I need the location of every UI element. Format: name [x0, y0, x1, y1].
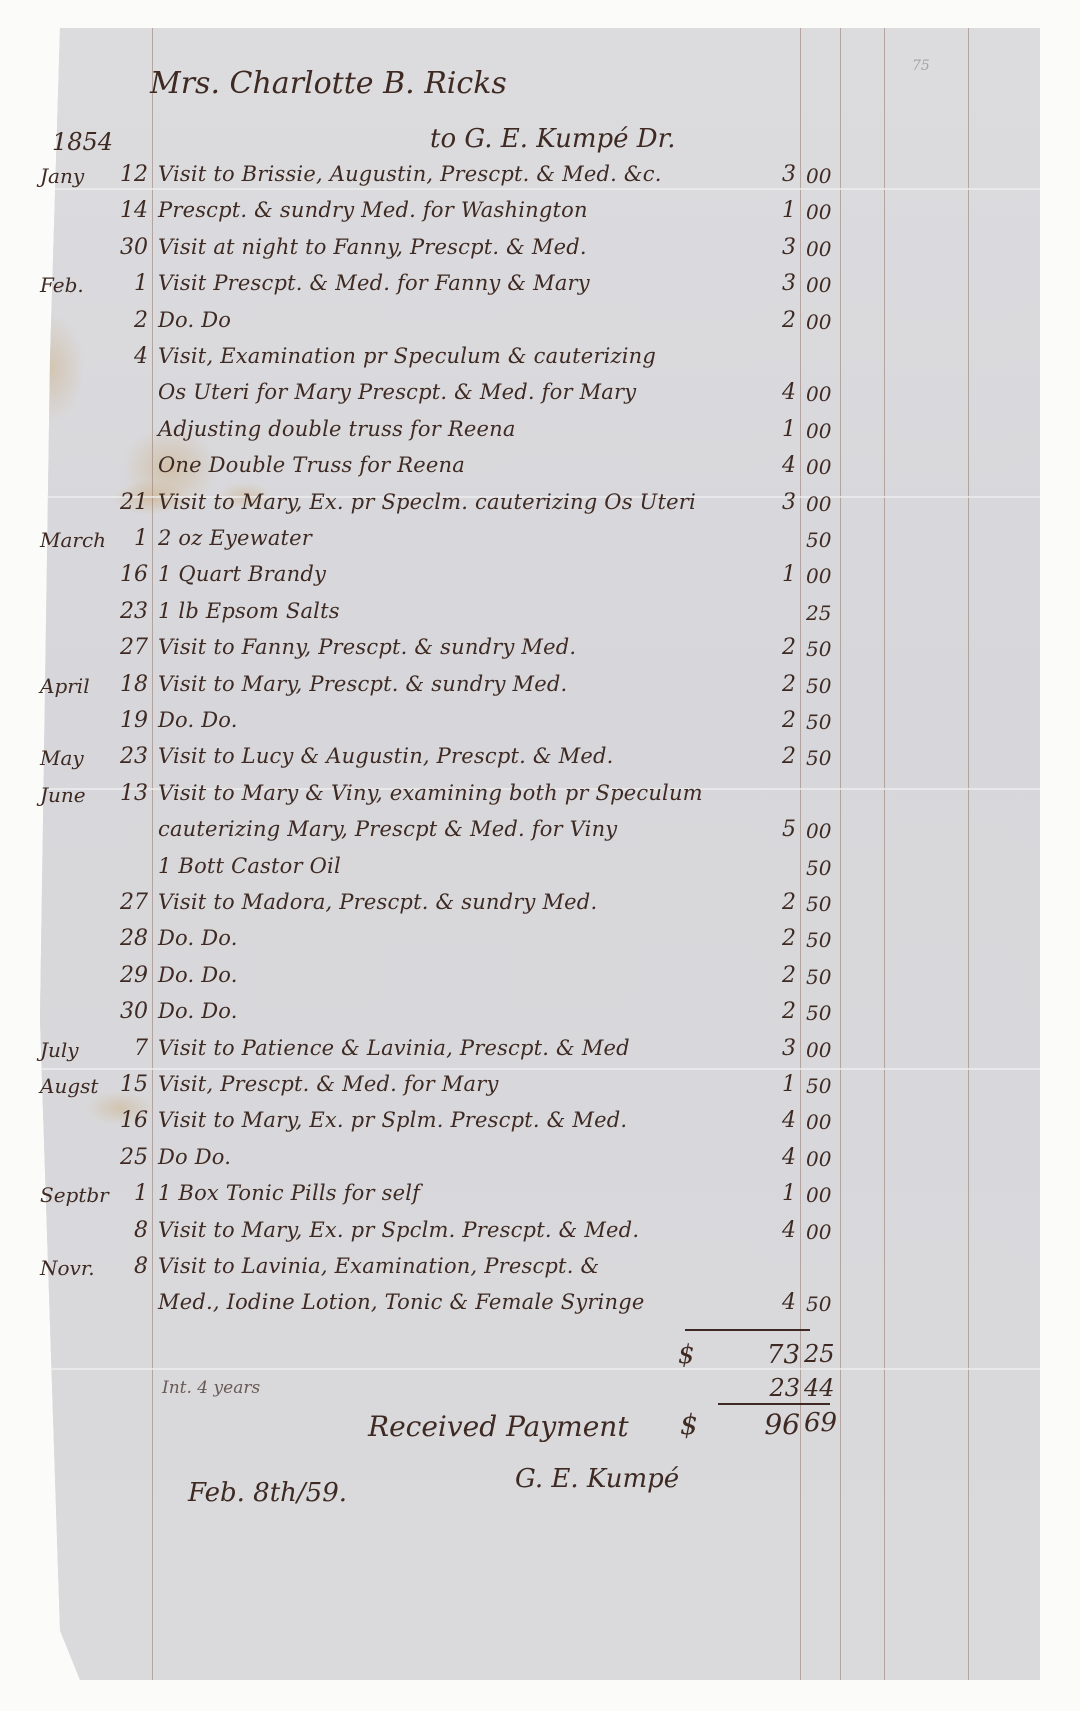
entry-cents: 50	[806, 746, 846, 770]
entry-dollars: 4	[766, 1218, 796, 1243]
creditor-line: to G. E. Kumpé Dr.	[430, 124, 675, 154]
entry-cents: 50	[806, 965, 846, 989]
entry-description: Os Uteri for Mary Prescpt. & Med. for Ma…	[158, 380, 636, 404]
entry-month: Feb.	[40, 273, 84, 297]
entry-dollars: 4	[766, 453, 796, 478]
entry-dollars: 1	[766, 198, 796, 223]
entry-description: Do Do.	[158, 1145, 231, 1169]
entry-cents: 00	[806, 237, 846, 261]
entry-month: Septbr	[40, 1183, 109, 1207]
entry-description: One Double Truss for Reena	[158, 453, 465, 477]
entry-cents: 00	[806, 200, 846, 224]
entry-description: Visit at night to Fanny, Prescpt. & Med.	[158, 235, 587, 259]
entry-cents: 00	[806, 382, 846, 406]
entry-description: Visit to Lucy & Augustin, Prescpt. & Med…	[158, 744, 613, 768]
entry-month: June	[40, 783, 86, 807]
interest-cents: 44	[804, 1374, 835, 1402]
entry-dollars: 5	[766, 817, 796, 842]
entry-cents: 00	[806, 1038, 846, 1062]
entry-month: Augst	[40, 1074, 98, 1098]
entry-description: 1 Box Tonic Pills for self	[158, 1181, 420, 1205]
entry-description: Visit to Mary & Viny, examining both pr …	[158, 781, 703, 805]
entry-dollars: 2	[766, 744, 796, 769]
entry-dollars: 1	[766, 562, 796, 587]
total-currency: $	[680, 1408, 698, 1441]
entry-description: Visit, Examination pr Speculum & cauteri…	[158, 344, 656, 368]
entry-cents: 50	[806, 892, 846, 916]
date-column-rule	[152, 28, 153, 1680]
entry-day: 21	[108, 490, 148, 515]
entry-dollars: 2	[766, 963, 796, 988]
fold-line	[40, 1068, 1040, 1070]
margin-pencil-note: 75	[912, 58, 930, 74]
entry-day: 1	[108, 526, 148, 551]
entry-description: Visit Prescpt. & Med. for Fanny & Mary	[158, 271, 590, 295]
interest-dollars: 23	[700, 1374, 800, 1402]
entry-dollars: 4	[766, 1290, 796, 1315]
entry-cents: 00	[806, 455, 846, 479]
entry-dollars: 1	[766, 417, 796, 442]
subtotal-cents: 25	[804, 1340, 835, 1368]
entry-month: Novr.	[40, 1256, 95, 1280]
dollars-column-rule	[800, 28, 801, 1680]
entry-dollars: 2	[766, 672, 796, 697]
entry-day: 30	[108, 235, 148, 260]
entry-month: March	[40, 528, 106, 552]
entry-day: 18	[108, 672, 148, 697]
margin-column-rule	[968, 28, 969, 1680]
entry-cents: 00	[806, 1183, 846, 1207]
entry-cents: 50	[806, 928, 846, 952]
entry-cents: 50	[806, 674, 846, 698]
entry-dollars: 4	[766, 1108, 796, 1133]
entry-description: Visit to Fanny, Prescpt. & sundry Med.	[158, 635, 576, 659]
subtotal-dollars: 73	[700, 1340, 800, 1370]
entry-day: 14	[108, 198, 148, 223]
entry-description: 1 lb Epsom Salts	[158, 599, 340, 623]
entry-day: 27	[108, 890, 148, 915]
entry-dollars: 3	[766, 1036, 796, 1061]
entry-dollars: 2	[766, 926, 796, 951]
entry-day: 8	[108, 1218, 148, 1243]
total-dollars: 96	[700, 1408, 800, 1441]
fold-line	[40, 1368, 1040, 1370]
entry-day: 23	[108, 599, 148, 624]
patient-name: Mrs. Charlotte B. Ricks	[150, 66, 507, 101]
signature: G. E. Kumpé	[515, 1464, 679, 1494]
entry-cents: 50	[806, 1074, 846, 1098]
entry-dollars: 2	[766, 308, 796, 333]
entry-day: 1	[108, 1181, 148, 1206]
entry-month: May	[40, 746, 84, 770]
entry-description: Visit, Prescpt. & Med. for Mary	[158, 1072, 499, 1096]
entry-dollars: 1	[766, 1072, 796, 1097]
entry-day: 16	[108, 562, 148, 587]
entry-day: 2	[108, 308, 148, 333]
entry-day: 28	[108, 926, 148, 951]
entry-day: 4	[108, 344, 148, 369]
entry-dollars: 1	[766, 1181, 796, 1206]
entry-day: 7	[108, 1036, 148, 1061]
entry-description: Do. Do.	[158, 963, 238, 987]
entry-day: 30	[108, 999, 148, 1024]
entry-day: 19	[108, 708, 148, 733]
entry-month: April	[40, 674, 90, 698]
entry-day: 29	[108, 963, 148, 988]
subtotal-rule	[685, 1329, 810, 1331]
account-year: 1854	[52, 128, 113, 156]
entry-dollars: 2	[766, 890, 796, 915]
entry-cents: 00	[806, 1220, 846, 1244]
entry-day: 25	[108, 1145, 148, 1170]
total-cents: 69	[804, 1408, 837, 1438]
received-payment-text: Received Payment	[368, 1410, 629, 1443]
entry-cents: 00	[806, 310, 846, 334]
entry-cents: 50	[806, 637, 846, 661]
entry-description: Visit to Mary, Prescpt. & sundry Med.	[158, 672, 567, 696]
entry-cents: 00	[806, 492, 846, 516]
total-rule	[718, 1403, 830, 1405]
entry-dollars: 2	[766, 999, 796, 1024]
entry-cents: 50	[806, 710, 846, 734]
entry-dollars: 4	[766, 380, 796, 405]
entry-cents: 50	[806, 856, 846, 880]
entry-day: 13	[108, 781, 148, 806]
entry-cents: 00	[806, 1147, 846, 1171]
entry-day: 1	[108, 271, 148, 296]
entry-cents: 00	[806, 819, 846, 843]
entry-cents: 00	[806, 164, 846, 188]
entry-cents: 00	[806, 273, 846, 297]
entry-day: 16	[108, 1108, 148, 1133]
entry-day: 15	[108, 1072, 148, 1097]
entry-month: July	[40, 1038, 79, 1062]
entry-cents: 50	[806, 1292, 846, 1316]
entry-description: 1 Bott Castor Oil	[158, 854, 341, 878]
entry-description: Visit to Brissie, Augustin, Prescpt. & M…	[158, 162, 662, 186]
entry-day: 23	[108, 744, 148, 769]
entry-dollars: 3	[766, 162, 796, 187]
entry-description: Visit to Patience & Lavinia, Prescpt. & …	[158, 1036, 630, 1060]
entry-description: Visit to Mary, Ex. pr Splm. Prescpt. & M…	[158, 1108, 627, 1132]
entry-dollars: 3	[766, 490, 796, 515]
entry-dollars: 3	[766, 235, 796, 260]
entry-description: Visit to Lavinia, Examination, Prescpt. …	[158, 1254, 599, 1278]
entry-dollars: 2	[766, 708, 796, 733]
entry-description: Visit to Mary, Ex. pr Spclm. Prescpt. & …	[158, 1218, 639, 1242]
entry-description: Do. Do.	[158, 708, 238, 732]
entry-description: cauterizing Mary, Prescpt & Med. for Vin…	[158, 817, 617, 841]
entry-day: 12	[108, 162, 148, 187]
entry-description: Adjusting double truss for Reena	[158, 417, 516, 441]
interest-label: Int. 4 years	[162, 1378, 260, 1398]
entry-description: Do. Do.	[158, 926, 238, 950]
entry-dollars: 4	[766, 1145, 796, 1170]
entry-cents: 00	[806, 419, 846, 443]
entry-cents: 50	[806, 1001, 846, 1025]
right-column-rule	[884, 28, 885, 1680]
entry-cents: 25	[806, 601, 846, 625]
entry-description: Do. Do	[158, 308, 231, 332]
fold-line	[40, 188, 1040, 190]
entry-description: Do. Do.	[158, 999, 238, 1023]
receipt-date: Feb. 8th/59.	[188, 1478, 347, 1508]
entry-month: Jany	[40, 164, 84, 188]
entry-cents: 00	[806, 1110, 846, 1134]
entry-dollars: 2	[766, 635, 796, 660]
subtotal-currency: $	[678, 1340, 695, 1370]
entry-description: Prescpt. & sundry Med. for Washington	[158, 198, 588, 222]
entry-description: Med., Iodine Lotion, Tonic & Female Syri…	[158, 1290, 645, 1314]
entry-dollars: 3	[766, 271, 796, 296]
entry-cents: 50	[806, 528, 846, 552]
entry-day: 8	[108, 1254, 148, 1279]
entry-description: 1 Quart Brandy	[158, 562, 326, 586]
entry-day: 27	[108, 635, 148, 660]
entry-description: Visit to Madora, Prescpt. & sundry Med.	[158, 890, 597, 914]
entry-description: Visit to Mary, Ex. pr Speclm. cauterizin…	[158, 490, 696, 514]
entry-description: 2 oz Eyewater	[158, 526, 312, 550]
entry-cents: 00	[806, 564, 846, 588]
